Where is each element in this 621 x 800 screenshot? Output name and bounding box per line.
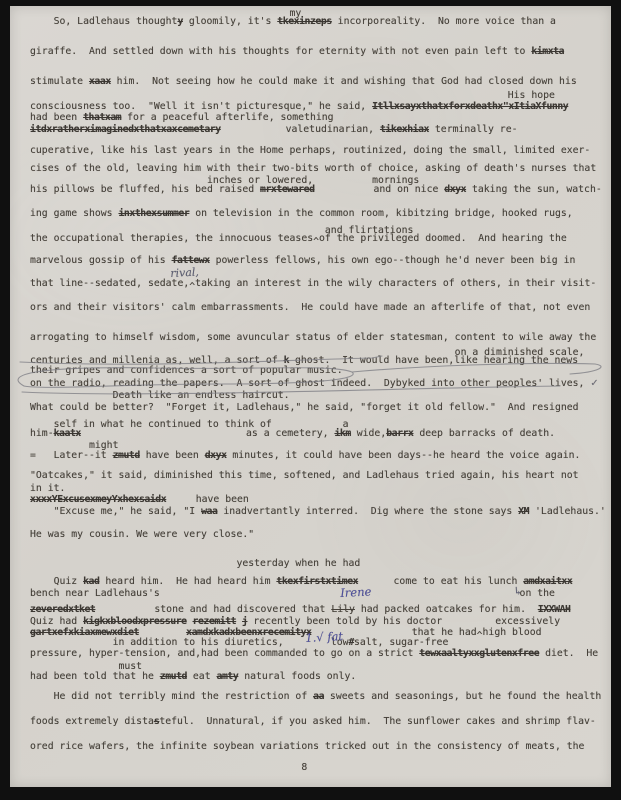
typescript-line: ored rice wafers, the infinite soybean v…: [30, 741, 584, 753]
typed-text: terminally re-: [429, 124, 517, 135]
typed-overstrike: itdxratherximaginedxthatxaxcemetary: [30, 124, 221, 135]
typed-text: taking the sun, watch-: [466, 184, 602, 195]
struck-word: Lily: [331, 604, 355, 615]
typed-text: So, Ladlehaus thought: [30, 16, 177, 27]
typescript-line: He did not terribly mind the restriction…: [30, 691, 601, 703]
caret-mark: ^: [477, 631, 483, 643]
typed-text: consciousness too. "Well it isn't pictur…: [30, 101, 372, 112]
typed-overstrike: thatxam: [83, 112, 121, 123]
typescript-line: "Excuse me," he said, "I waa inadvertant…: [30, 506, 606, 518]
typed-text: He was my cousin. We were very close.": [30, 529, 254, 540]
scanned-manuscript-screenshot: { "page": { "number": "8", "paper_color"…: [0, 0, 621, 800]
typescript-line: had been told that he zmutd eat amty nat…: [30, 671, 356, 683]
typed-text: bench near Ladlehaus's on the: [30, 588, 555, 599]
handwritten-annotation: ↳: [513, 586, 523, 599]
typed-overstrike: xxxxYExcusexmeyYxhexsaidx: [30, 494, 166, 505]
typescript-line: yesterday when he had: [30, 558, 360, 570]
pencil-check-icon: ✓: [590, 378, 598, 389]
typed-text: ored rice wafers, the infinite soybean v…: [30, 741, 584, 752]
typed-text: marvelous gossip of his: [30, 255, 172, 266]
typed-text: Quiz had: [30, 616, 83, 627]
typescript-line: pressure, hyper-tension, and,had been co…: [30, 648, 598, 660]
typed-text: him-: [30, 428, 54, 439]
typescript-line: ors and their visitors' calm embarrassme…: [30, 302, 590, 314]
typed-overstrike: tkexinzeps: [277, 16, 331, 27]
typed-text: his pillows be fluffed, his bed raised: [30, 184, 260, 195]
typed-text: in it.: [30, 483, 65, 494]
typed-text: 8: [30, 762, 307, 773]
typed-text: "Oatcakes," it said, diminished this tim…: [30, 470, 579, 481]
typed-overstrike: fattewx: [172, 255, 210, 266]
typed-text: yesterday when he had: [30, 558, 360, 569]
typed-text: on television in the common room, kibitz…: [189, 208, 572, 219]
pencil-handwriting: ↳: [513, 585, 523, 598]
ink-handwriting: 1.√ fat: [305, 629, 343, 645]
typescript-line: xxxxYExcusexmeyYxhexsaidx have been: [30, 494, 249, 506]
typescript-line: marvelous gossip of his fattewx powerles…: [30, 255, 575, 267]
typed-text: stone and had discovered that: [95, 604, 331, 615]
ink-handwriting: Irene: [340, 584, 372, 600]
typed-overstrike: Itllxsayxthatxforxdeathx"xItiaXfunny: [372, 101, 568, 112]
typescript-line: What could be better? "Forget it, Ladleh…: [30, 402, 579, 414]
typed-text: taking an interest in the wily character…: [195, 278, 596, 289]
typescript-line: "Oatcakes," it said, diminished this tim…: [30, 470, 579, 482]
typed-overstrike: rezemitt: [193, 616, 237, 627]
typed-text: had packed oatcakes for him.: [355, 604, 538, 615]
typed-overstrike: barrx: [386, 428, 413, 439]
typescript-line: arrogating to himself wisdom, some avunc…: [30, 332, 596, 344]
typed-overstrike: tewxaaltyxxglutenxfree: [419, 648, 539, 659]
typed-text: deep barracks of death.: [413, 428, 555, 439]
typed-text: valetudinarian,: [221, 124, 380, 135]
typescript-line: itdxratherximaginedxthatxaxcemetary vale…: [30, 124, 518, 136]
typed-text: ing game shows: [30, 208, 118, 219]
typed-text: gloomily, it's: [183, 16, 277, 27]
typescript-line: He was my cousin. We were very close.": [30, 529, 254, 541]
typescript-line: him-kaatx as a cemetery, ikm wide,barrx …: [30, 428, 555, 440]
typed-text: 'Ladlehaus.': [529, 506, 606, 517]
typed-text: powerless fellows, his own ego--though h…: [210, 255, 576, 266]
typed-overstrike: dxyx: [444, 184, 466, 195]
typed-text: the occupational therapies, the innocuou…: [30, 233, 313, 244]
typed-text: had been told that he: [30, 671, 160, 682]
typed-text: natural foods only.: [238, 671, 356, 682]
manuscript-page: my So, Ladlehaus thoughty gloomily, it's…: [10, 6, 611, 787]
typed-overstrike: zeveredxtket: [30, 604, 95, 615]
typed-text: cuperative, like his last years in the H…: [30, 145, 590, 156]
typed-text: heard him. He had heard him: [99, 576, 276, 587]
typed-text: of the privileged doomed. And hearing th…: [319, 233, 567, 244]
typed-overstrike: mrxtewared: [260, 184, 314, 195]
typed-text: sweets and seasonings, but he found the …: [324, 691, 601, 702]
typed-text: foods extremely dista: [30, 716, 154, 727]
typed-overstrike: kaatx: [54, 428, 81, 439]
typescript-line: bench near Ladlehaus's on the: [30, 588, 555, 600]
typed-text: and on nice: [315, 184, 445, 195]
typed-text: that line--sedated, sedate,: [30, 278, 189, 289]
typed-overstrike: kimxta: [531, 46, 564, 57]
typescript-line: So, Ladlehaus thoughty gloomily, it's tk…: [30, 16, 556, 28]
typed-text: high blood: [483, 627, 542, 638]
typed-text: ors and their visitors' calm embarrassme…: [30, 302, 590, 313]
typed-overstrike: kad: [83, 576, 99, 587]
typescript-line: Quiz kad heard him. He had heard him tke…: [30, 576, 572, 588]
typed-overstrike: aa: [313, 691, 324, 702]
handwritten-annotation: 1.√ fat: [305, 630, 343, 646]
typescript-line: foods extremely distasteful. Unnatural, …: [30, 716, 596, 728]
typed-text: He did not terribly mind the restriction…: [30, 691, 313, 702]
typed-text: have been: [166, 494, 249, 505]
typed-text: giraffe. And settled down with his thoug…: [30, 46, 531, 57]
typed-text: What could be better? "Forget it, Ladleh…: [30, 402, 579, 413]
typescript-line: their gripes and confidences a sort of p…: [30, 365, 343, 377]
typed-text: had been: [30, 112, 83, 123]
typed-text: pressure, hyper-tension, and,had been co…: [30, 648, 419, 659]
typescript-line: on the radio, reading the papers. A sort…: [30, 378, 599, 390]
typed-text: recently been told by his doctor excessi…: [247, 616, 560, 627]
typescript-line: that line--sedated, sedate,^taking an in…: [30, 278, 596, 290]
typescript-line: cuperative, like his last years in the H…: [30, 145, 590, 157]
typed-overstrike: XM: [518, 506, 529, 517]
typescript-line: the occupational therapies, the innocuou…: [30, 233, 567, 245]
typed-text: = Later--it: [30, 450, 113, 461]
typescript-line: his pillows be fluffed, his bed raised m…: [30, 184, 602, 196]
handwritten-annotation: Irene: [340, 585, 372, 601]
typed-overstrike: tikexhiax: [380, 124, 429, 135]
typed-text: for a peaceful afterlife, something: [121, 112, 333, 123]
typed-text: as a cemetery,: [81, 428, 335, 439]
typed-text: Death like an endless haircut.: [30, 390, 290, 401]
caret-mark: ^: [313, 237, 319, 249]
typed-text: His hope: [30, 90, 555, 101]
typescript-line: had been thatxam for a peaceful afterlif…: [30, 112, 334, 124]
typed-text: eat: [187, 671, 217, 682]
typescript-line: ing game shows inxthexsummer on televisi…: [30, 208, 573, 220]
typed-text: come to eat his lunch: [358, 576, 523, 587]
typed-text: in addition to his diuretics, low: [30, 637, 349, 648]
typed-text: arrogating to himself wisdom, some avunc…: [30, 332, 596, 343]
typescript-line: giraffe. And settled down with his thoug…: [30, 46, 564, 58]
typed-overstrike: ikm: [334, 428, 350, 439]
typescript-line: stimulate xaax him. Not seeing how he co…: [30, 76, 577, 88]
caret-mark: ^: [189, 282, 195, 294]
typed-text: cises of the old, leaving him with their…: [30, 163, 596, 174]
typed-text: him. Not seeing how he could make it and…: [111, 76, 577, 87]
typescript-line: = Later--it zmutd have been dxyx minutes…: [30, 450, 580, 462]
typed-text: their gripes and confidences a sort of p…: [30, 365, 343, 376]
typed-text: salt, sugar-free: [354, 637, 448, 648]
typed-text: minutes, it could have been days--he hea…: [227, 450, 581, 461]
typed-overstrike: waa: [201, 506, 217, 517]
typed-overstrike: kigkxbloodxpressure: [83, 616, 187, 627]
typed-overstrike: IXXWAH: [538, 604, 571, 615]
typescript-line: Death like an endless haircut.: [30, 390, 290, 402]
page-number: 8: [30, 762, 307, 774]
typed-overstrike: amty: [217, 671, 239, 682]
typed-text: inadvertantly interred. Dig where the st…: [217, 506, 518, 517]
typed-text: wide,: [351, 428, 386, 439]
typed-text: diet. He: [539, 648, 598, 659]
typed-text: on the radio, reading the papers. A sort…: [30, 378, 590, 389]
typed-text: have been: [140, 450, 205, 461]
typed-text: teful. Unnatural, if you asked him. The …: [159, 716, 595, 727]
typed-overstrike: dxyx: [205, 450, 227, 461]
typed-text: "Excuse me," he said, "I: [30, 506, 201, 517]
typed-text: stimulate: [30, 76, 89, 87]
typed-text: incorporeality. No more voice than a: [332, 16, 556, 27]
typed-overstrike: inxthexsummer: [118, 208, 189, 219]
typescript-line: zeveredxtket stone and had discovered th…: [30, 604, 570, 616]
typed-overstrike: zmutd: [113, 450, 140, 461]
typed-text: Quiz: [30, 576, 83, 587]
typed-overstrike: zmutd: [160, 671, 187, 682]
typed-overstrike: xaax: [89, 76, 111, 87]
typed-overstrike: amdxaitxx: [523, 576, 572, 587]
typescript-line: cises of the old, leaving him with their…: [30, 163, 596, 175]
